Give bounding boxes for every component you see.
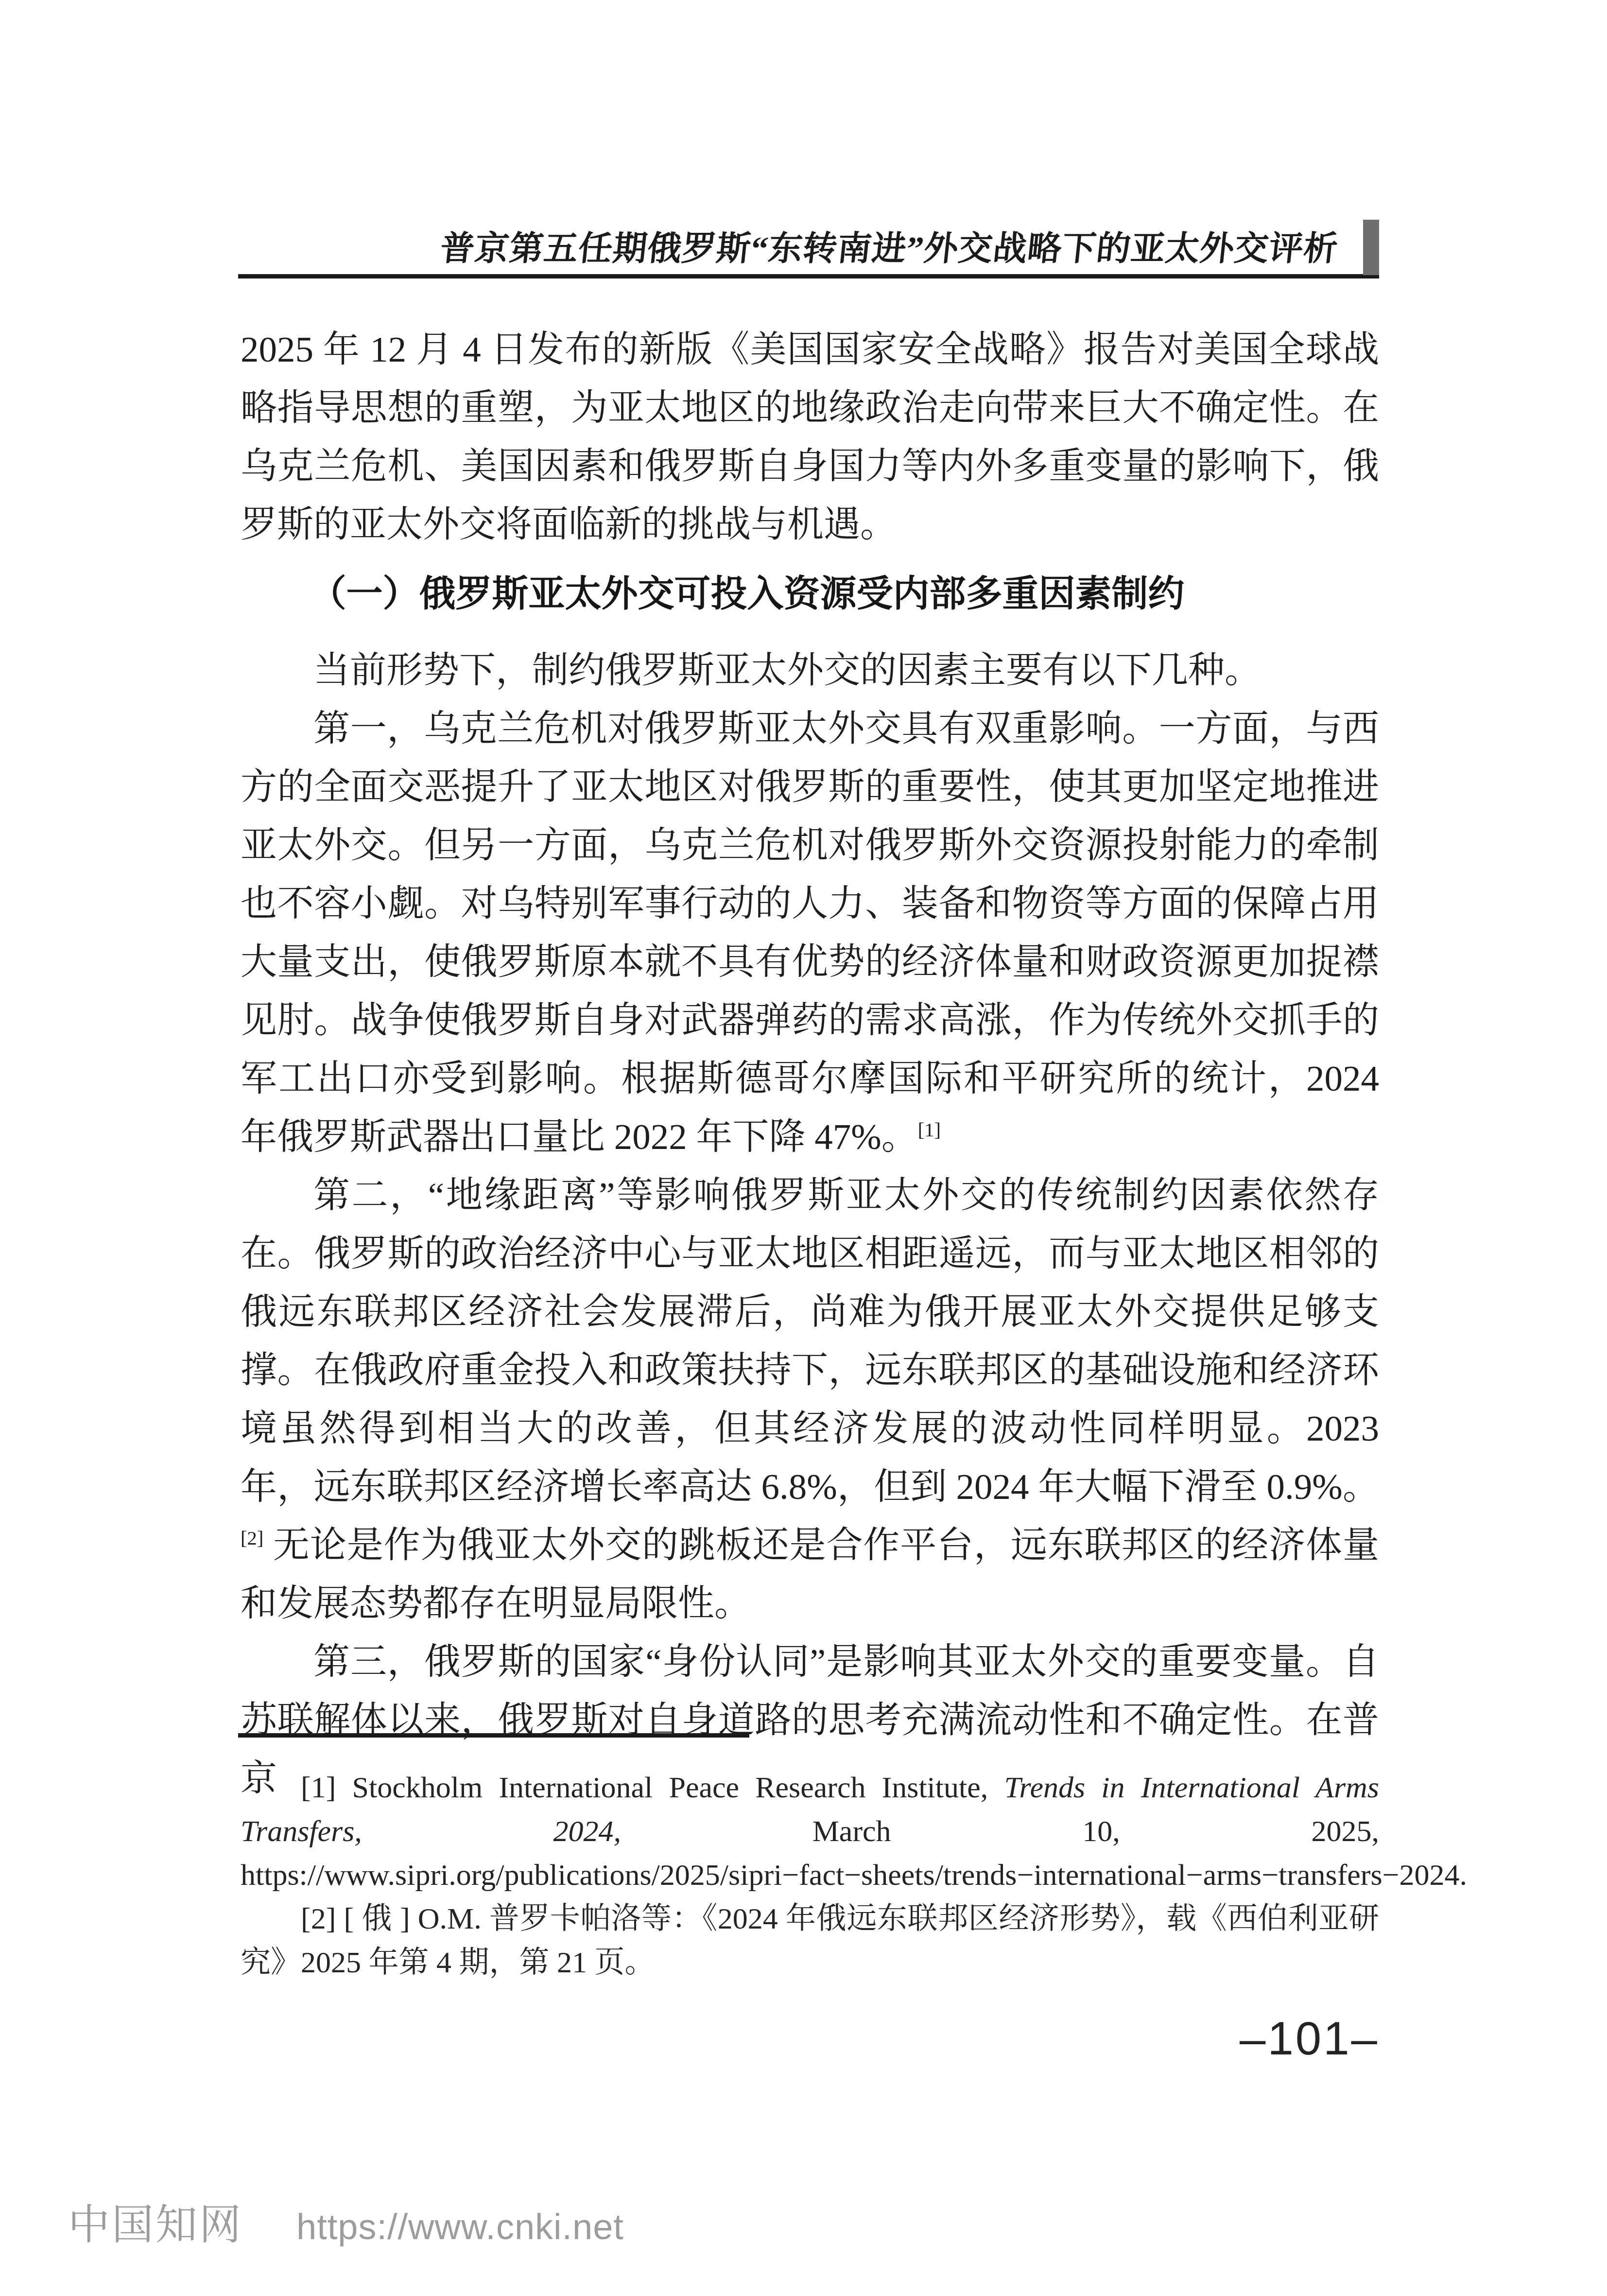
footnote-separator — [238, 1733, 749, 1738]
cnki-url-text: https://www.cnki.net — [296, 2206, 624, 2247]
body-paragraph: 第一，乌克兰危机对俄罗斯亚太外交具有双重影响。一方面，与西方的全面交恶提升了亚太… — [241, 700, 1379, 1166]
text-run: 2025 年 12 月 4 日发布的新版《美国国家安全战略》报告对美国全球战略指… — [241, 330, 1379, 545]
text-run: 第二，“地缘距离”等影响俄罗斯亚太外交的传统制约因素依然存在。俄罗斯的政治经济中… — [241, 1175, 1379, 1507]
text-run: 无论是作为俄亚太外交的跳板还是合作平台，远东联邦区的经济体量和发展态势都存在明显… — [241, 1525, 1379, 1624]
running-title: 普京第五任期俄罗斯“东转南进”外交战略下的亚太外交评析 — [438, 221, 1341, 270]
article-body: 2025 年 12 月 4 日发布的新版《美国国家安全战略》报告对美国全球战略指… — [241, 321, 1379, 1808]
header-rule — [238, 274, 1379, 278]
header-accent-bar — [1363, 220, 1379, 275]
footnote-item: [2] [ 俄 ] O.M. 普罗卡帕洛等：《2024 年俄远东联邦区经济形势》… — [241, 1897, 1379, 1984]
body-paragraph: 2025 年 12 月 4 日发布的新版《美国国家安全战略》报告对美国全球战略指… — [241, 321, 1379, 554]
page-number: –101– — [1240, 2012, 1379, 2066]
body-paragraph: 当前形势下，制约俄罗斯亚太外交的因素主要有以下几种。 — [241, 642, 1379, 700]
footnote-ref: [1] — [918, 1119, 941, 1141]
journal-page: 普京第五任期俄罗斯“东转南进”外交战略下的亚太外交评析 2025 年 12 月 … — [0, 0, 1607, 2296]
cnki-brand-text: 中国知网 — [68, 2191, 243, 2251]
text-run: 当前形势下，制约俄罗斯亚太外交的因素主要有以下几种。 — [313, 650, 1261, 691]
footnote-ref: [2] — [241, 1527, 263, 1549]
section-heading: （一）俄罗斯亚太外交可投入资源受内部多重因素制约 — [241, 565, 1379, 624]
page-footer: 中国知网 https://www.cnki.net — [68, 2191, 624, 2251]
text-run: （一）俄罗斯亚太外交可投入资源受内部多重因素制约 — [310, 574, 1185, 614]
body-paragraph: 第二，“地缘距离”等影响俄罗斯亚太外交的传统制约因素依然存在。俄罗斯的政治经济中… — [241, 1166, 1379, 1633]
text-run: [1] Stockholm International Peace Resear… — [301, 1771, 1004, 1804]
text-run: 第一，乌克兰危机对俄罗斯亚太外交具有双重影响。一方面，与西方的全面交恶提升了亚太… — [241, 709, 1379, 1157]
footnote-item: [1] Stockholm International Peace Resear… — [241, 1766, 1379, 1897]
text-run: [2] [ 俄 ] O.M. 普罗卡帕洛等：《2024 年俄远东联邦区经济形势》… — [241, 1902, 1379, 1979]
footnote-list: [1] Stockholm International Peace Resear… — [241, 1766, 1379, 1984]
